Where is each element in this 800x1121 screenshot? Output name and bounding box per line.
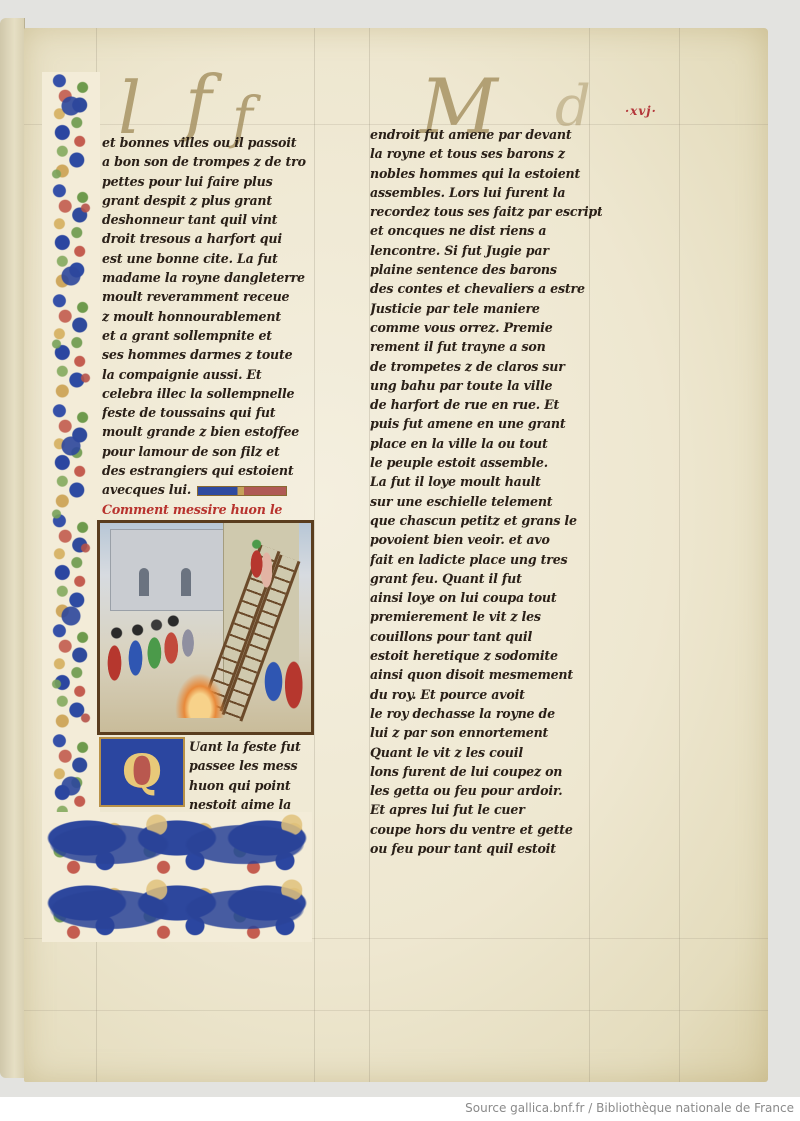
text-line: ou feu pour tant quil estoit: [370, 839, 602, 858]
text-line: nobles hommes qui la estoient: [370, 164, 602, 183]
text-line: ainsi quon disoit mesmement: [370, 665, 602, 684]
decorated-border-bottom: [42, 812, 312, 942]
window-illustration: [139, 568, 149, 596]
text-line: pettes pour lui faire plus: [102, 172, 314, 191]
text-line: de trompetes z de claros sur: [370, 357, 602, 376]
text-line: est une bonne cite. La fut: [102, 249, 314, 268]
text-line: Uant la feste fut: [189, 737, 314, 756]
text-line: droit tresous a harfort qui: [102, 229, 314, 248]
ruling-line: [314, 28, 315, 1082]
text-line: la compaignie aussi. Et: [102, 365, 314, 384]
text-line: feste de toussains qui fut: [102, 403, 314, 422]
ruling-line: [679, 28, 680, 1082]
text-line: fait en ladicte place ung tres: [370, 550, 602, 569]
line-filler-ornament: [197, 486, 287, 496]
text-line: pour lamour de son filz et: [102, 442, 314, 461]
text-line: de harfort de rue en rue. Et: [370, 395, 602, 414]
text-line: comme vous orrez. Premie: [370, 318, 602, 337]
text-line: que chascun petitz et grans le: [370, 511, 602, 530]
text-line: moult grande z bien estoffee: [102, 422, 314, 441]
miniature-execution-scene: [97, 520, 314, 735]
text-line: coupe hors du ventre et gette: [370, 820, 602, 839]
text-line: du roy. Et pource avoit: [370, 685, 602, 704]
text-line: premierement le vit z les: [370, 607, 602, 626]
text-line: a bon son de trompes z de tro: [102, 152, 314, 171]
cadel-flourish: f: [185, 60, 212, 144]
fire-illustration: [175, 673, 225, 718]
text-line: le peuple estoit assemble.: [370, 453, 602, 472]
text-line: estoit heretique z sodomite: [370, 646, 602, 665]
text-line: et oncques ne dist riens a: [370, 221, 602, 240]
text-line: plaine sentence des barons: [370, 260, 602, 279]
text-line: ainsi loye on lui coupa tout: [370, 588, 602, 607]
initial-text-block: Uant la feste fut passee les mess huon q…: [189, 737, 314, 814]
ruling-line: [24, 1010, 768, 1011]
text-column-left: et bonnes villes ou il passoit a bon son…: [102, 133, 314, 558]
decorated-initial: Q: [99, 737, 185, 807]
text-line: les getta ou feu pour ardoir.: [370, 781, 602, 800]
folio-number: ·xvj·: [625, 104, 657, 118]
text-line: et bonnes villes ou il passoit: [102, 133, 314, 152]
text-line: z moult honnourablement: [102, 307, 314, 326]
text-line: ung bahu par toute la ville: [370, 376, 602, 395]
window-illustration: [181, 568, 191, 596]
text-line: passee les mess: [189, 756, 314, 775]
text-line: huon qui point: [189, 776, 314, 795]
text-line: couillons pour tant quil: [370, 627, 602, 646]
text-line: grant feu. Quant il fut: [370, 569, 602, 588]
text-line: recordez tous ses faitz par escript: [370, 202, 602, 221]
figures-illustration: [260, 643, 305, 713]
book-spine-edge: [0, 18, 25, 1078]
text-line: des estrangiers qui estoient: [102, 461, 314, 480]
text-line: lons furent de lui coupez on: [370, 762, 602, 781]
source-credit: Source gallica.bnf.fr / Bibliothèque nat…: [465, 1101, 794, 1115]
text-line: Quant le vit z les couil: [370, 743, 602, 762]
text-line: moult reveramment receue: [102, 287, 314, 306]
text-line: sur une eschielle telement: [370, 492, 602, 511]
text-line: celebra illec la sollempnelle: [102, 384, 314, 403]
text-line: le roy dechasse la royne de: [370, 704, 602, 723]
text-line: des contes et chevaliers a estre: [370, 279, 602, 298]
text-line: ses hommes darmes z toute: [102, 345, 314, 364]
rubric-line: Comment messire huon le: [102, 500, 314, 519]
text-line: lui z par son ennortement: [370, 723, 602, 742]
text-line: rement il fut trayne a son: [370, 337, 602, 356]
text-line: Justicie par tele maniere: [370, 299, 602, 318]
text-line: puis fut amene en une grant: [370, 414, 602, 433]
text-line: madame la royne dangleterre: [102, 268, 314, 287]
text-line: avecques lui.: [102, 482, 191, 497]
text-line: povoient bien veoir. et avo: [370, 530, 602, 549]
text-line: deshonneur tant quil vint: [102, 210, 314, 229]
text-column-right: endroit fut amene par devant la royne et…: [370, 125, 602, 858]
figures-on-ladder: [250, 537, 272, 597]
text-line: la royne et tous ses barons z: [370, 144, 602, 163]
text-line: place en la ville la ou tout: [370, 434, 602, 453]
text-line-with-filler: avecques lui.: [102, 480, 314, 499]
text-line: La fut il loye moult hault: [370, 472, 602, 491]
text-line: grant despit z plus grant: [102, 191, 314, 210]
text-line: lencontre. Si fut Jugie par: [370, 241, 602, 260]
text-line: assembles. Lors lui furent la: [370, 183, 602, 202]
text-line: endroit fut amene par devant: [370, 125, 602, 144]
text-line: nestoit aime la: [189, 795, 314, 814]
building-illustration: [110, 529, 232, 611]
text-line: et a grant sollempnite et: [102, 326, 314, 345]
text-line: Et apres lui fut le cuer: [370, 800, 602, 819]
